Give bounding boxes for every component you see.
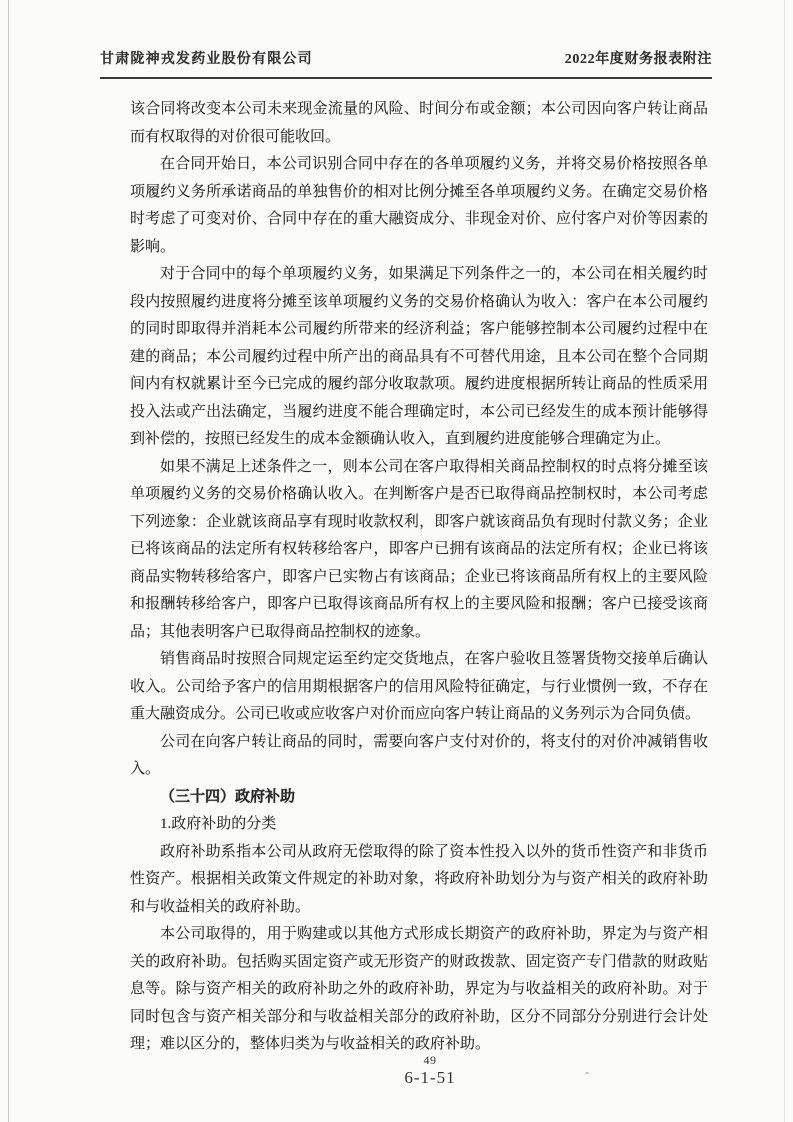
report-title: 2022年度财务报表附注 [565,50,712,70]
subsection-heading-grant-classification: 1.政府补助的分类 [130,811,708,839]
body-paragraph: 政府补助系指本公司从政府无偿取得的除了资本性投入以外的货币性资产和非货币性资产。… [130,839,708,922]
page-header: 甘肃陇神戎发药业股份有限公司 2022年度财务报表附注 [100,50,712,70]
body-paragraph: 如果不满足上述条件之一，则本公司在客户取得相关商品控制权的时点将分摊至该单项履约… [130,454,708,647]
document-page: 甘肃陇神戎发药业股份有限公司 2022年度财务报表附注 该合同将改变本公司未来现… [0,0,793,1122]
document-body: 该合同将改变本公司未来现金流量的风险、时间分布或金额；本公司因向客户转让商品而有… [130,96,708,1059]
body-paragraph: 本公司取得的，用于购建或以其他方式形成长期资产的政府补助，界定为与资产相关的政府… [130,921,708,1059]
section-heading-government-grants: （三十四）政府补助 [130,784,708,812]
body-paragraph: 在合同开始日，本公司识别合同中存在的各单项履约义务，并将交易价格按照各单项履约义… [130,151,708,261]
volume-page-number: 6-1-51 [130,1067,730,1089]
body-paragraph: 对于合同中的每个单项履约义务，如果满足下列条件之一的，本公司在相关履约时段内按照… [130,261,708,454]
scan-edge-artifact-left [8,0,9,1122]
scan-edge-artifact-right [784,0,785,1122]
page-footer: 49 6-1-51 [130,1053,730,1089]
body-paragraph: 公司在向客户转让商品的同时，需要向客户支付对价的，将支付的对价冲减销售收入。 [130,729,708,784]
company-name: 甘肃陇神戎发药业股份有限公司 [100,50,313,70]
page-number: 49 [130,1053,730,1067]
header-divider [100,77,712,79]
body-paragraph: 销售商品时按照合同规定运至约定交货地点，在客户验收且签署货物交接单后确认收入。公… [130,646,708,729]
body-paragraph: 该合同将改变本公司未来现金流量的风险、时间分布或金额；本公司因向客户转让商品而有… [130,96,708,151]
